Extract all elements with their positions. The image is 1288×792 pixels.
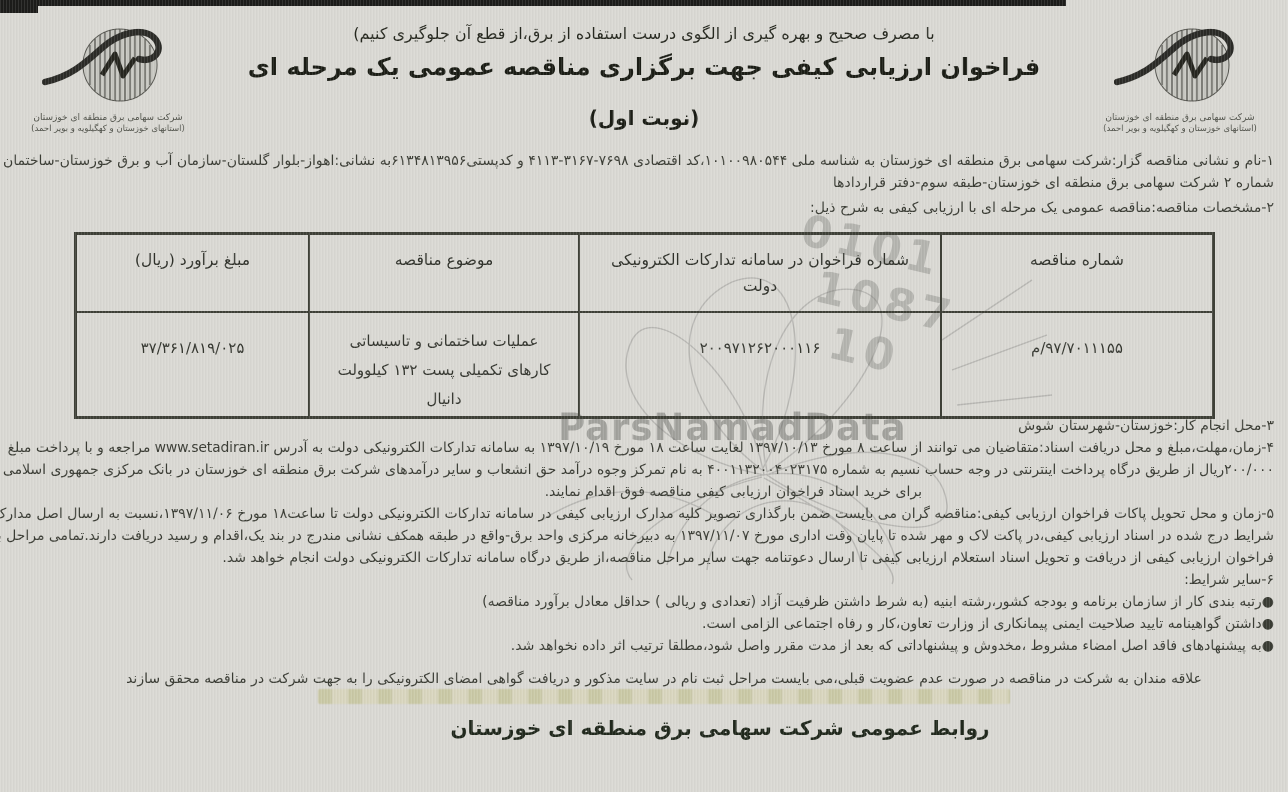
company-logo-icon — [1114, 18, 1246, 110]
body-line: ۵-زمان و محل تحویل پاکات فراخوان ارزیابی… — [12, 503, 1274, 525]
body-line: ۳-محل انجام کار:خوزستان-شهرستان شوش — [12, 415, 1274, 437]
body-line: ۲۰۰/۰۰۰ریال از طریق درگاه پرداخت اینترنت… — [12, 459, 1274, 481]
estimate-cell: ۳۷/۳۶۱/۸۱۹/۰۲۵ — [77, 313, 308, 416]
clauses-bottom: ۳-محل انجام کار:خوزستان-شهرستان شوش ۴-زم… — [12, 415, 1274, 690]
body-line: ۴-زمان،مهلت،مبلغ و محل دریافت اسناد:متقا… — [12, 437, 1274, 459]
energy-slogan: با مصرف صحیح و بهره گیری از الگوی درست ا… — [244, 24, 1044, 44]
subject-cell: عملیات ساختمانی و تاسیساتی کارهای تکمیلی… — [308, 313, 578, 416]
column-header-tender-number: شماره مناقصه — [940, 235, 1212, 313]
body-line: ●به پیشنهادهای فاقد اصل امضاء مشروط ،مخد… — [12, 635, 1274, 657]
tender-announcement-page: 0101 1087 10 ParsNamadData شرکت سهامی بر… — [0, 0, 1288, 792]
logo-caption-provinces: (استانهای خوزستان و کهگیلویه و بویر احمد… — [20, 124, 196, 135]
round-label: (نوبت اول) — [244, 106, 1044, 130]
tender-table: شماره مناقصه شماره فراخوان در سامانه تدا… — [74, 232, 1215, 419]
body-line: برای خرید اسناد فراخوان ارزیابی کیفی منا… — [12, 481, 1274, 503]
masthead: با مصرف صحیح و بهره گیری از الگوی درست ا… — [244, 24, 1044, 130]
footer-signature: روابط عمومی شرکت سهامی برق منطقه ای خوزس… — [400, 716, 1040, 740]
column-header-setad-number: شماره فراخوان در سامانه تدارکات الکترونی… — [578, 235, 940, 313]
company-logo-icon — [42, 18, 174, 110]
company-logo-right: شرکت سهامی برق منطقه ای خوزستان (استانها… — [1092, 18, 1268, 135]
body-line: ●رتبه بندی کار از سازمان برنامه و بودجه … — [12, 591, 1274, 613]
logo-caption-company: شرکت سهامی برق منطقه ای خوزستان — [1092, 112, 1268, 124]
page-title: فراخوان ارزیابی کیفی جهت برگزاری مناقصه … — [244, 52, 1044, 82]
setad-number-cell: ۲۰۰۹۷۱۲۶۲۰۰۰۱۱۶ — [578, 313, 940, 416]
clauses-top: ۱-نام و نشانی مناقصه گزار:شرکت سهامی برق… — [12, 150, 1274, 219]
body-line: علاقه مندان به شرکت در مناقصه در صورت عد… — [12, 668, 1274, 690]
column-header-estimate: مبلغ برآورد (ریال) — [77, 235, 308, 313]
body-line: ۲-مشخصات مناقصه:مناقصه عمومی یک مرحله ای… — [12, 197, 1274, 219]
body-line: ●داشتن گواهینامه تایید صلاحیت ایمنی پیما… — [12, 613, 1274, 635]
body-line: شرایط درج شده در اسناد ارزیابی کیفی،در پ… — [12, 525, 1274, 547]
body-line: ۱-نام و نشانی مناقصه گزار:شرکت سهامی برق… — [12, 150, 1274, 172]
highlight-strip-watermark — [318, 689, 1010, 704]
scan-edge-corner — [0, 0, 38, 13]
logo-caption-provinces: (استانهای خوزستان و کهگیلویه و بویر احمد… — [1092, 124, 1268, 135]
body-line: فراخوان ارزیابی کیفی از دریافت و تحویل ا… — [12, 547, 1274, 569]
column-header-subject: موضوع مناقصه — [308, 235, 578, 313]
body-line: شماره ۲ شرکت سهامی برق منطقه ای خوزستان-… — [12, 172, 1274, 194]
company-logo-left: شرکت سهامی برق منطقه ای خوزستان (استانها… — [20, 18, 196, 135]
body-line: ۶-سایر شرایط: — [12, 569, 1274, 591]
logo-caption-company: شرکت سهامی برق منطقه ای خوزستان — [20, 112, 196, 124]
scan-edge-bar — [0, 0, 1066, 6]
tender-number-cell: ۹۷/۷۰۱۱۱۵۵/م — [940, 313, 1212, 416]
